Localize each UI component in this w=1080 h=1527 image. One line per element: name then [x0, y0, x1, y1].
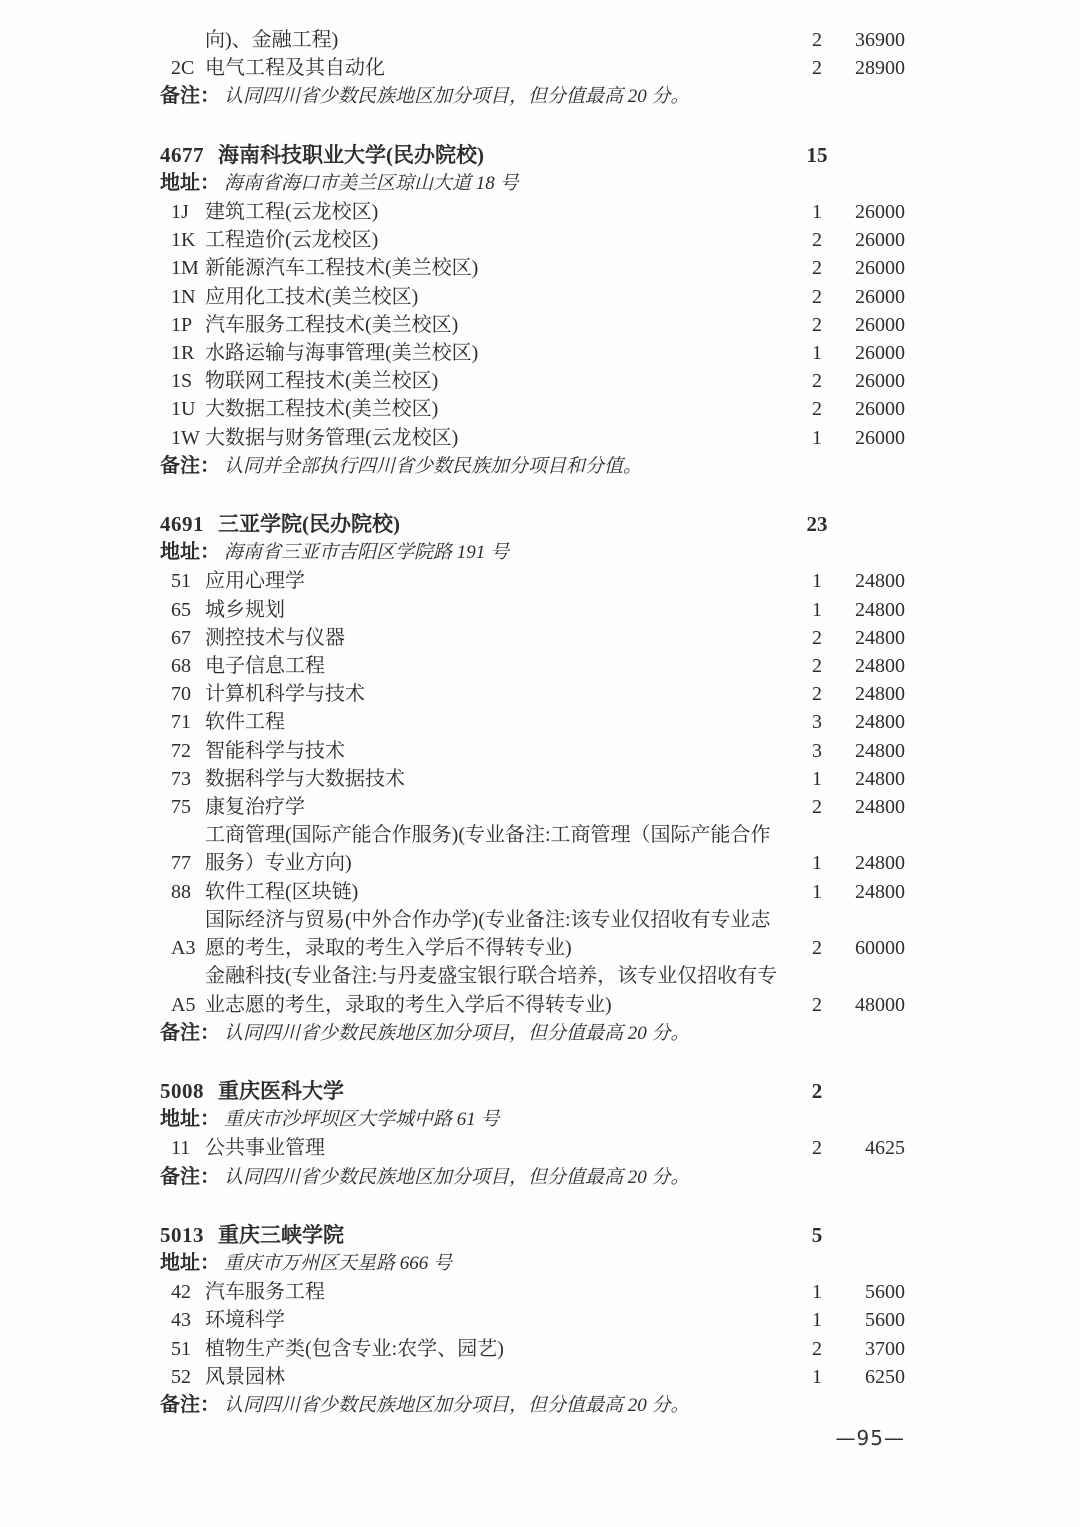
- major-row: 向)、金融工程) 2 36900: [160, 26, 905, 54]
- major-code: 51: [171, 567, 205, 595]
- major-main: 42 汽车服务工程: [160, 1278, 790, 1306]
- major-row: 1J 建筑工程(云龙校区) 1 26000: [160, 198, 905, 226]
- major-quota: 1: [790, 596, 844, 624]
- major-main: A3 国际经济与贸易(中外合作办学)(专业备注:该专业仅招收有专业志愿的考生，录…: [160, 906, 790, 962]
- note-row: 备注：认同并全部执行四川省少数民族加分项目和分值。: [160, 452, 905, 481]
- major-main: 1S 物联网工程技术(美兰校区): [160, 367, 790, 395]
- university-code: 4677: [160, 143, 204, 167]
- major-row: 75 康复治疗学 2 24800: [160, 793, 905, 821]
- university-title: 5008重庆医科大学: [160, 1077, 790, 1105]
- note-value: 认同并全部执行四川省少数民族加分项目和分值。: [224, 456, 642, 477]
- major-main: 1U 大数据工程技术(美兰校区): [160, 395, 790, 423]
- note-label: 备注：: [160, 1022, 220, 1044]
- major-code: 1S: [171, 367, 205, 395]
- major-row: 88 软件工程(区块链) 1 24800: [160, 878, 905, 906]
- address-row: 地址：重庆市沙坪坝区大学城中路 61 号: [160, 1105, 905, 1134]
- major-fee: 26000: [844, 311, 905, 339]
- major-quota: 2: [790, 680, 844, 708]
- major-quota: 2: [790, 311, 844, 339]
- major-code: 2C: [171, 54, 205, 82]
- major-quota: 2: [790, 652, 844, 680]
- major-quota: 1: [790, 878, 844, 906]
- major-row: 73 数据科学与大数据技术 1 24800: [160, 765, 905, 793]
- major-quota: 2: [790, 793, 844, 821]
- major-fee: 24800: [844, 765, 905, 793]
- university-name: 重庆医科大学: [218, 1079, 344, 1103]
- major-code: 71: [171, 708, 205, 736]
- major-name: 软件工程: [205, 708, 790, 736]
- majors-list: 11 公共事业管理 2 4625: [160, 1134, 905, 1162]
- address-label: 地址：: [160, 541, 220, 563]
- major-row: 43 环境科学 1 5600: [160, 1306, 905, 1334]
- major-fee: 24800: [844, 567, 905, 595]
- major-row: 1S 物联网工程技术(美兰校区) 2 26000: [160, 367, 905, 395]
- address-value: 海南省海口市美兰区琼山大道 18 号: [224, 173, 519, 194]
- university-code: 5008: [160, 1079, 204, 1103]
- document-page: 向)、金融工程) 2 36900 2C 电气工程及其自动化 2 28900 备注…: [0, 0, 1080, 1527]
- major-main: 71 软件工程: [160, 708, 790, 736]
- major-name: 汽车服务工程: [205, 1278, 790, 1306]
- address-value: 海南省三亚市吉阳区学院路 191 号: [224, 542, 509, 563]
- major-name: 大数据与财务管理(云龙校区): [205, 424, 790, 452]
- major-fee: 4625: [844, 1134, 905, 1162]
- major-name: 城乡规划: [205, 596, 790, 624]
- major-name: 建筑工程(云龙校区): [205, 198, 790, 226]
- major-row: 51 应用心理学 1 24800: [160, 567, 905, 595]
- major-name: 测控技术与仪器: [205, 624, 790, 652]
- major-quota: 1: [790, 339, 844, 367]
- major-main: 11 公共事业管理: [160, 1134, 790, 1162]
- university-section: 4691三亚学院(民办院校) 23 地址：海南省三亚市吉阳区学院路 191 号 …: [160, 510, 905, 1048]
- university-header: 4677海南科技职业大学(民办院校) 15: [160, 141, 905, 169]
- major-row: 67 测控技术与仪器 2 24800: [160, 624, 905, 652]
- major-row: 77 工商管理(国际产能合作服务)(专业备注:工商管理（国际产能合作服务）专业方…: [160, 821, 905, 877]
- major-name: 向)、金融工程): [205, 26, 790, 54]
- major-fee: 24800: [844, 708, 905, 736]
- major-code: 75: [171, 793, 205, 821]
- address-row: 地址：海南省海口市美兰区琼山大道 18 号: [160, 169, 905, 198]
- major-quota: 2: [790, 991, 844, 1019]
- major-main: 75 康复治疗学: [160, 793, 790, 821]
- major-name: 金融科技(专业备注:与丹麦盛宝银行联合培养，该专业仅招收有专业志愿的考生，录取的…: [205, 962, 790, 1018]
- major-row: 1M 新能源汽车工程技术(美兰校区) 2 26000: [160, 254, 905, 282]
- page-number: —95—: [160, 1426, 905, 1450]
- major-code: 11: [171, 1134, 205, 1162]
- major-main: 77 工商管理(国际产能合作服务)(专业备注:工商管理（国际产能合作服务）专业方…: [160, 821, 790, 877]
- major-code: 1J: [171, 198, 205, 226]
- major-code: 1P: [171, 311, 205, 339]
- major-main: A5 金融科技(专业备注:与丹麦盛宝银行联合培养，该专业仅招收有专业志愿的考生，…: [160, 962, 790, 1018]
- major-name: 电子信息工程: [205, 652, 790, 680]
- sections-container: 向)、金融工程) 2 36900 2C 电气工程及其自动化 2 28900 备注…: [160, 26, 905, 1420]
- address-row: 地址：重庆市万州区天星路 666 号: [160, 1249, 905, 1278]
- address-label: 地址：: [160, 1252, 220, 1274]
- major-name: 工程造价(云龙校区): [205, 226, 790, 254]
- major-quota: 1: [790, 765, 844, 793]
- major-fee: 24800: [844, 737, 905, 765]
- major-quota: 2: [790, 1134, 844, 1162]
- major-fee: 24800: [844, 849, 905, 877]
- major-name: 新能源汽车工程技术(美兰校区): [205, 254, 790, 282]
- major-fee: 26000: [844, 367, 905, 395]
- major-fee: 26000: [844, 339, 905, 367]
- major-code: 1N: [171, 283, 205, 311]
- major-name: 汽车服务工程技术(美兰校区): [205, 311, 790, 339]
- university-name: 重庆三峡学院: [218, 1223, 344, 1247]
- major-name: 康复治疗学: [205, 793, 790, 821]
- major-main: 43 环境科学: [160, 1306, 790, 1334]
- major-fee: 24800: [844, 878, 905, 906]
- university-total-quota: 2: [790, 1077, 844, 1105]
- major-row: 70 计算机科学与技术 2 24800: [160, 680, 905, 708]
- major-row: 1U 大数据工程技术(美兰校区) 2 26000: [160, 395, 905, 423]
- major-code: 70: [171, 680, 205, 708]
- major-quota: 3: [790, 708, 844, 736]
- major-fee: 24800: [844, 680, 905, 708]
- major-main: 72 智能科学与技术: [160, 737, 790, 765]
- major-main: 1R 水路运输与海事管理(美兰校区): [160, 339, 790, 367]
- major-name: 大数据工程技术(美兰校区): [205, 395, 790, 423]
- major-fee: 26000: [844, 395, 905, 423]
- major-quota: 2: [790, 26, 844, 54]
- major-fee: 24800: [844, 624, 905, 652]
- major-fee: 26000: [844, 424, 905, 452]
- major-main: 51 植物生产类(包含专业:农学、园艺): [160, 1335, 790, 1363]
- note-value: 认同四川省少数民族地区加分项目，但分值最高 20 分。: [224, 86, 690, 107]
- university-title: 4691三亚学院(民办院校): [160, 510, 790, 538]
- major-code: 88: [171, 878, 205, 906]
- major-main: 51 应用心理学: [160, 567, 790, 595]
- major-main: 1K 工程造价(云龙校区): [160, 226, 790, 254]
- major-row: 11 公共事业管理 2 4625: [160, 1134, 905, 1162]
- major-code: 1M: [171, 254, 205, 282]
- major-code: 51: [171, 1335, 205, 1363]
- major-fee: 3700: [844, 1335, 905, 1363]
- major-main: 88 软件工程(区块链): [160, 878, 790, 906]
- major-code: 52: [171, 1363, 205, 1391]
- note-value: 认同四川省少数民族地区加分项目，但分值最高 20 分。: [224, 1167, 690, 1188]
- major-code: 1W: [171, 424, 205, 452]
- university-title: 4677海南科技职业大学(民办院校): [160, 141, 790, 169]
- university-header: 5008重庆医科大学 2: [160, 1077, 905, 1105]
- major-name: 植物生产类(包含专业:农学、园艺): [205, 1335, 790, 1363]
- university-section: 向)、金融工程) 2 36900 2C 电气工程及其自动化 2 28900 备注…: [160, 26, 905, 112]
- major-quota: 2: [790, 254, 844, 282]
- major-main: 1N 应用化工技术(美兰校区): [160, 283, 790, 311]
- major-fee: 36900: [844, 26, 905, 54]
- major-quota: 2: [790, 367, 844, 395]
- major-row: 1N 应用化工技术(美兰校区) 2 26000: [160, 283, 905, 311]
- major-quota: 1: [790, 567, 844, 595]
- major-fee: 48000: [844, 991, 905, 1019]
- major-row: A5 金融科技(专业备注:与丹麦盛宝银行联合培养，该专业仅招收有专业志愿的考生，…: [160, 962, 905, 1018]
- note-value: 认同四川省少数民族地区加分项目，但分值最高 20 分。: [224, 1023, 690, 1044]
- major-name: 智能科学与技术: [205, 737, 790, 765]
- major-quota: 2: [790, 395, 844, 423]
- major-fee: 24800: [844, 652, 905, 680]
- major-name: 电气工程及其自动化: [205, 54, 790, 82]
- major-name: 应用心理学: [205, 567, 790, 595]
- majors-list: 42 汽车服务工程 1 5600 43 环境科学 1 5600 51 植物生产类…: [160, 1278, 905, 1391]
- note-value: 认同四川省少数民族地区加分项目，但分值最高 20 分。: [224, 1395, 690, 1416]
- major-quota: 1: [790, 1363, 844, 1391]
- major-name: 工商管理(国际产能合作服务)(专业备注:工商管理（国际产能合作服务）专业方向): [205, 821, 790, 877]
- major-name: 水路运输与海事管理(美兰校区): [205, 339, 790, 367]
- university-title: 5013重庆三峡学院: [160, 1221, 790, 1249]
- major-code: A3: [171, 934, 205, 962]
- note-label: 备注：: [160, 85, 220, 107]
- note-label: 备注：: [160, 1166, 220, 1188]
- note-label: 备注：: [160, 1394, 220, 1416]
- major-row: 42 汽车服务工程 1 5600: [160, 1278, 905, 1306]
- major-name: 物联网工程技术(美兰校区): [205, 367, 790, 395]
- university-section: 5013重庆三峡学院 5 地址：重庆市万州区天星路 666 号 42 汽车服务工…: [160, 1221, 905, 1420]
- major-row: 1P 汽车服务工程技术(美兰校区) 2 26000: [160, 311, 905, 339]
- note-label: 备注：: [160, 455, 220, 477]
- major-code: 1U: [171, 395, 205, 423]
- major-fee: 6250: [844, 1363, 905, 1391]
- major-fee: 26000: [844, 198, 905, 226]
- major-code: 68: [171, 652, 205, 680]
- major-quota: 3: [790, 737, 844, 765]
- note-row: 备注：认同四川省少数民族地区加分项目，但分值最高 20 分。: [160, 1019, 905, 1048]
- university-name: 海南科技职业大学(民办院校): [218, 143, 484, 167]
- major-name: 数据科学与大数据技术: [205, 765, 790, 793]
- major-quota: 2: [790, 54, 844, 82]
- majors-list: 1J 建筑工程(云龙校区) 1 26000 1K 工程造价(云龙校区) 2 26…: [160, 198, 905, 452]
- university-code: 4691: [160, 512, 204, 536]
- major-quota: 2: [790, 226, 844, 254]
- major-name: 公共事业管理: [205, 1134, 790, 1162]
- major-quota: 1: [790, 198, 844, 226]
- university-code: 5013: [160, 1223, 204, 1247]
- major-main: 1W 大数据与财务管理(云龙校区): [160, 424, 790, 452]
- major-code: 1R: [171, 339, 205, 367]
- major-code: 1K: [171, 226, 205, 254]
- major-fee: 24800: [844, 596, 905, 624]
- university-header: 4691三亚学院(民办院校) 23: [160, 510, 905, 538]
- major-name: 风景园林: [205, 1363, 790, 1391]
- majors-list: 51 应用心理学 1 24800 65 城乡规划 1 24800 67 测控技术…: [160, 567, 905, 1018]
- major-quota: 2: [790, 1335, 844, 1363]
- major-fee: 26000: [844, 254, 905, 282]
- major-code: 65: [171, 596, 205, 624]
- major-main: 70 计算机科学与技术: [160, 680, 790, 708]
- note-row: 备注：认同四川省少数民族地区加分项目，但分值最高 20 分。: [160, 1391, 905, 1420]
- major-name: 国际经济与贸易(中外合作办学)(专业备注:该专业仅招收有专业志愿的考生，录取的考…: [205, 906, 790, 962]
- major-main: 1M 新能源汽车工程技术(美兰校区): [160, 254, 790, 282]
- university-section: 5008重庆医科大学 2 地址：重庆市沙坪坝区大学城中路 61 号 11 公共事…: [160, 1077, 905, 1192]
- major-main: 65 城乡规划: [160, 596, 790, 624]
- major-fee: 5600: [844, 1306, 905, 1334]
- major-row: 72 智能科学与技术 3 24800: [160, 737, 905, 765]
- major-code: 42: [171, 1278, 205, 1306]
- university-total-quota: 15: [790, 141, 844, 169]
- major-quota: 2: [790, 283, 844, 311]
- major-name: 环境科学: [205, 1306, 790, 1334]
- major-quota: 2: [790, 624, 844, 652]
- major-quota: 1: [790, 849, 844, 877]
- major-row: 1R 水路运输与海事管理(美兰校区) 1 26000: [160, 339, 905, 367]
- major-fee: 26000: [844, 283, 905, 311]
- university-total-quota: 23: [790, 510, 844, 538]
- major-row: 51 植物生产类(包含专业:农学、园艺) 2 3700: [160, 1335, 905, 1363]
- address-value: 重庆市沙坪坝区大学城中路 61 号: [224, 1109, 500, 1130]
- major-row: 1K 工程造价(云龙校区) 2 26000: [160, 226, 905, 254]
- major-row: 68 电子信息工程 2 24800: [160, 652, 905, 680]
- major-code: 73: [171, 765, 205, 793]
- major-fee: 5600: [844, 1278, 905, 1306]
- major-row: 2C 电气工程及其自动化 2 28900: [160, 54, 905, 82]
- address-label: 地址：: [160, 1108, 220, 1130]
- major-row: A3 国际经济与贸易(中外合作办学)(专业备注:该专业仅招收有专业志愿的考生，录…: [160, 906, 905, 962]
- major-quota: 1: [790, 1306, 844, 1334]
- major-main: 向)、金融工程): [160, 26, 790, 54]
- major-quota: 1: [790, 424, 844, 452]
- major-main: 1J 建筑工程(云龙校区): [160, 198, 790, 226]
- university-section: 4677海南科技职业大学(民办院校) 15 地址：海南省海口市美兰区琼山大道 1…: [160, 141, 905, 481]
- address-label: 地址：: [160, 172, 220, 194]
- major-code: 77: [171, 849, 205, 877]
- major-fee: 24800: [844, 793, 905, 821]
- major-main: 68 电子信息工程: [160, 652, 790, 680]
- major-row: 71 软件工程 3 24800: [160, 708, 905, 736]
- major-main: 67 测控技术与仪器: [160, 624, 790, 652]
- note-row: 备注：认同四川省少数民族地区加分项目，但分值最高 20 分。: [160, 82, 905, 111]
- major-main: 52 风景园林: [160, 1363, 790, 1391]
- university-name: 三亚学院(民办院校): [218, 512, 400, 536]
- major-quota: 2: [790, 934, 844, 962]
- major-code: 67: [171, 624, 205, 652]
- major-quota: 1: [790, 1278, 844, 1306]
- note-row: 备注：认同四川省少数民族地区加分项目，但分值最高 20 分。: [160, 1163, 905, 1192]
- address-row: 地址：海南省三亚市吉阳区学院路 191 号: [160, 538, 905, 567]
- university-header: 5013重庆三峡学院 5: [160, 1221, 905, 1249]
- major-row: 52 风景园林 1 6250: [160, 1363, 905, 1391]
- major-row: 65 城乡规划 1 24800: [160, 596, 905, 624]
- major-name: 软件工程(区块链): [205, 878, 790, 906]
- major-row: 1W 大数据与财务管理(云龙校区) 1 26000: [160, 424, 905, 452]
- major-fee: 60000: [844, 934, 905, 962]
- major-fee: 26000: [844, 226, 905, 254]
- major-code: 72: [171, 737, 205, 765]
- major-code: 43: [171, 1306, 205, 1334]
- major-name: 计算机科学与技术: [205, 680, 790, 708]
- university-total-quota: 5: [790, 1221, 844, 1249]
- major-fee: 28900: [844, 54, 905, 82]
- address-value: 重庆市万州区天星路 666 号: [224, 1253, 452, 1274]
- major-code: A5: [171, 991, 205, 1019]
- major-main: 2C 电气工程及其自动化: [160, 54, 790, 82]
- major-name: 应用化工技术(美兰校区): [205, 283, 790, 311]
- majors-list: 向)、金融工程) 2 36900 2C 电气工程及其自动化 2 28900: [160, 26, 905, 82]
- major-main: 73 数据科学与大数据技术: [160, 765, 790, 793]
- major-main: 1P 汽车服务工程技术(美兰校区): [160, 311, 790, 339]
